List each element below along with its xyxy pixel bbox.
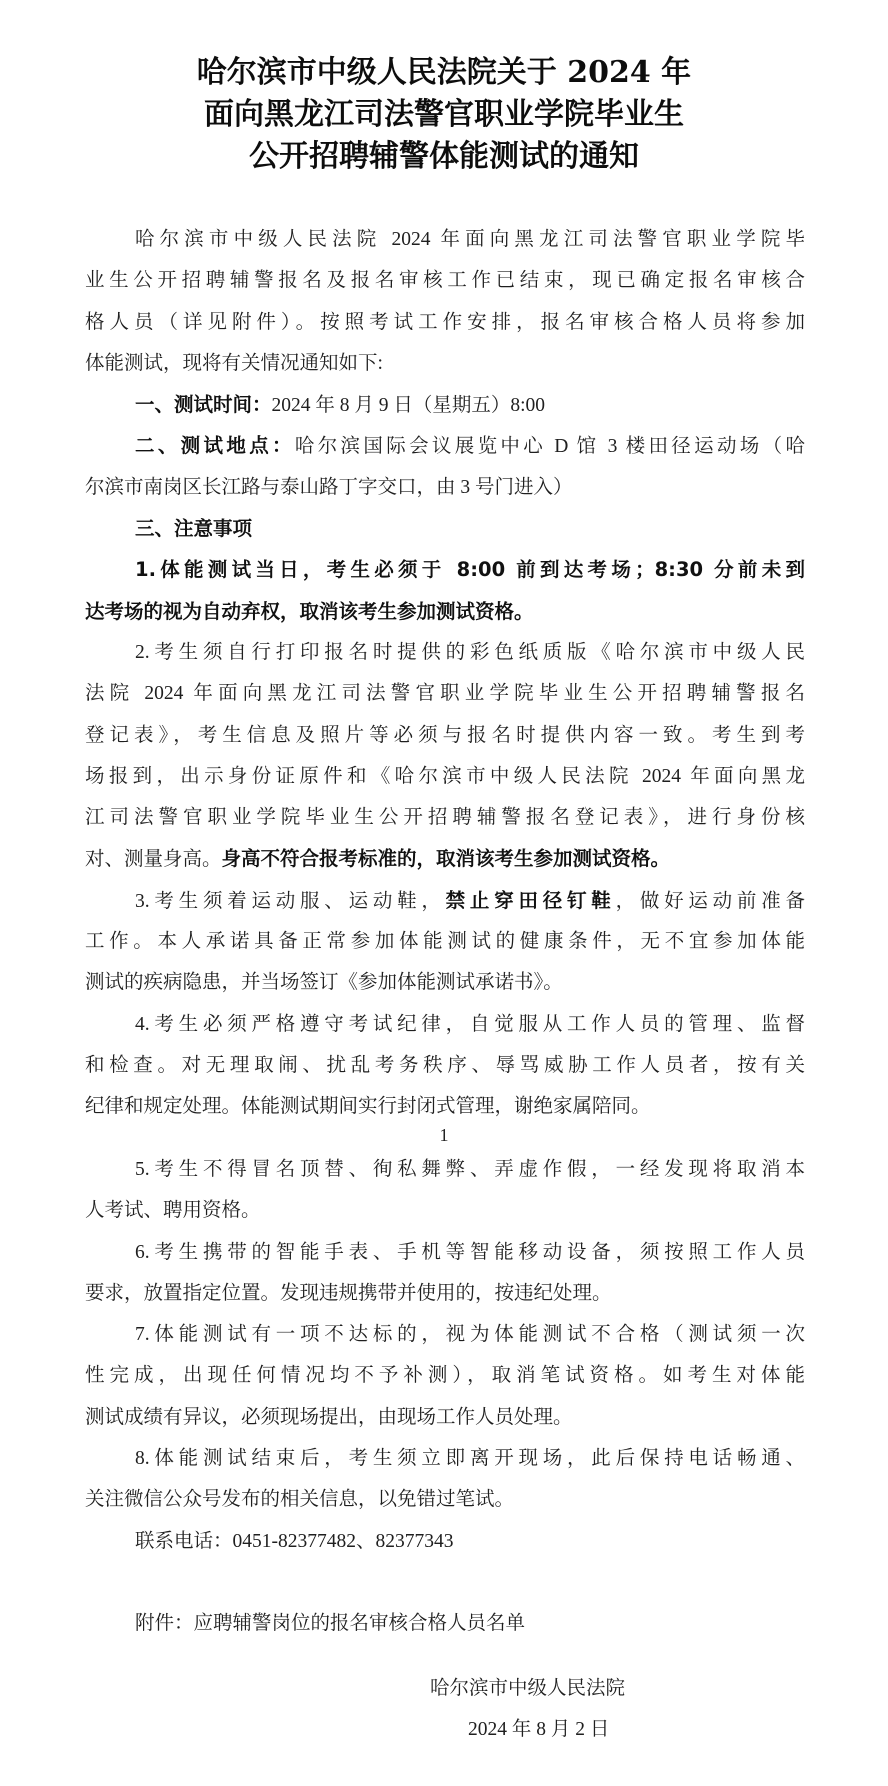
note-emphasis: 禁止穿田径钉鞋 (446, 889, 616, 912)
section-heading: 二、测试地点： (135, 434, 295, 457)
page-number: 1 (0, 1125, 888, 1146)
note-item-7-cont: 测试成绩有异议，必须现场提出，由现场工作人员处理。 (85, 1397, 805, 1438)
note-item-2-cont: 对、测量身高。身高不符合报考标准的，取消该考生参加测试资格。 (85, 838, 805, 879)
title-line: 公开招聘辅警体能测试的通知 (0, 136, 888, 178)
section-heading: 一、测试时间： (135, 393, 272, 416)
note-item-2-cont: 江司法警官职业学院毕业生公开招聘辅警报名登记表》，进行身份核 (85, 797, 805, 838)
document-body-page2: 5.考生不得冒名顶替、徇私舞弊、弄虚作假，一经发现将取消本 人考试、聘用资格。 … (85, 1149, 805, 1645)
note-item-2-cont: 法院 2024 年面向黑龙江司法警官职业学院毕业生公开招聘辅警报名 (85, 673, 805, 714)
section-heading: 三、注意事项 (135, 517, 252, 540)
test-location-line: 尔滨市南岗区长江路与泰山路丁字交口，由 3 号门进入） (85, 467, 805, 508)
note-text: ，做好运动前准备 (616, 891, 805, 912)
intro-line: 业生公开招聘辅警报名及报名审核工作已结束，现已确定报名审核合 (85, 260, 805, 301)
contact-phone: 联系电话：0451-82377482、82377343 (85, 1521, 805, 1562)
spacer (85, 1562, 805, 1603)
note-item-7-cont: 性完成，出现任何情况均不予补测），取消笔试资格。如考生对体能 (85, 1355, 805, 1396)
intro-line: 哈尔滨市中级人民法院 2024 年面向黑龙江司法警官职业学院毕 (85, 219, 805, 260)
signature-block: 哈尔滨市中级人民法院 2024 年 8 月 2 日 (430, 1668, 690, 1750)
intro-line: 体能测试，现将有关情况通知如下: (85, 343, 805, 384)
note-text: 对、测量身高。 (85, 849, 222, 870)
intro-line: 格人员（详见附件）。按照考试工作安排，报名审核合格人员将参加 (85, 302, 805, 343)
issue-date: 2024 年 8 月 2 日 (430, 1709, 690, 1750)
note-item-5-cont: 人考试、聘用资格。 (85, 1190, 805, 1231)
note-item-4: 4.考生必须严格遵守考试纪律，自觉服从工作人员的管理、监督 (85, 1004, 805, 1045)
note-item-6-cont: 要求，放置指定位置。发现违规携带并使用的，按违纪处理。 (85, 1273, 805, 1314)
note-item-8-cont: 关注微信公众号发布的相关信息，以免错过笔试。 (85, 1479, 805, 1520)
note-item-5: 5.考生不得冒名顶替、徇私舞弊、弄虚作假，一经发现将取消本 (85, 1149, 805, 1190)
issuing-organization: 哈尔滨市中级人民法院 (430, 1668, 690, 1709)
test-location-value: 哈尔滨国际会议展览中心 D 馆 3 楼田径运动场（哈 (295, 436, 805, 457)
note-item-8: 8.体能测试结束后，考生须立即离开现场，此后保持电话畅通、 (85, 1438, 805, 1479)
note-emphasis: 身高不符合报考标准的，取消该考生参加测试资格。 (222, 847, 671, 870)
note-item-3-cont: 工作。本人承诺具备正常参加体能测试的健康条件，无不宜参加体能 (85, 921, 805, 962)
title-line: 哈尔滨市中级人民法院关于 2024 年 (0, 52, 888, 94)
document-body-page1: 哈尔滨市中级人民法院 2024 年面向黑龙江司法警官职业学院毕 业生公开招聘辅警… (85, 219, 805, 1128)
section-notes: 三、注意事项 (85, 508, 805, 549)
note-item-1-cont: 达考场的视为自动弃权，取消该考生参加测试资格。 (85, 591, 805, 632)
note-item-2-cont: 场报到，出示身份证原件和《哈尔滨市中级人民法院 2024 年面向黑龙 (85, 756, 805, 797)
document-title: 哈尔滨市中级人民法院关于 2024 年 面向黑龙江司法警官职业学院毕业生 公开招… (0, 52, 888, 178)
title-line: 面向黑龙江司法警官职业学院毕业生 (0, 94, 888, 136)
note-item-3: 3.考生须着运动服、运动鞋，禁止穿田径钉鞋，做好运动前准备 (85, 880, 805, 921)
note-item-4-cont: 和检查。对无理取闹、扰乱考务秩序、辱骂威胁工作人员者，按有关 (85, 1045, 805, 1086)
note-item-2: 2.考生须自行打印报名时提供的彩色纸质版《哈尔滨市中级人民 (85, 632, 805, 673)
note-item-3-cont: 测试的疾病隐患，并当场签订《参加体能测试承诺书》。 (85, 962, 805, 1003)
section-test-location: 二、测试地点：哈尔滨国际会议展览中心 D 馆 3 楼田径运动场（哈 (85, 425, 805, 466)
note-item-7: 7.体能测试有一项不达标的，视为体能测试不合格（测试须一次 (85, 1314, 805, 1355)
note-item-6: 6.考生携带的智能手表、手机等智能移动设备，须按照工作人员 (85, 1232, 805, 1273)
test-time-value: 2024 年 8 月 9 日（星期五）8:00 (272, 395, 546, 416)
attachment-note: 附件：应聘辅警岗位的报名审核合格人员名单 (85, 1603, 805, 1644)
note-item-4-cont: 纪律和规定处理。体能测试期间实行封闭式管理，谢绝家属陪同。 (85, 1086, 805, 1127)
note-text: 3.考生须着运动服、运动鞋， (135, 891, 446, 912)
note-item-2-cont: 登记表》，考生信息及照片等必须与报名时提供内容一致。考生到考 (85, 715, 805, 756)
section-test-time: 一、测试时间：2024 年 8 月 9 日（星期五）8:00 (85, 384, 805, 425)
note-item-1: 1.体能测试当日，考生必须于 8:00 前到达考场；8:30 分前未到 (85, 549, 805, 590)
